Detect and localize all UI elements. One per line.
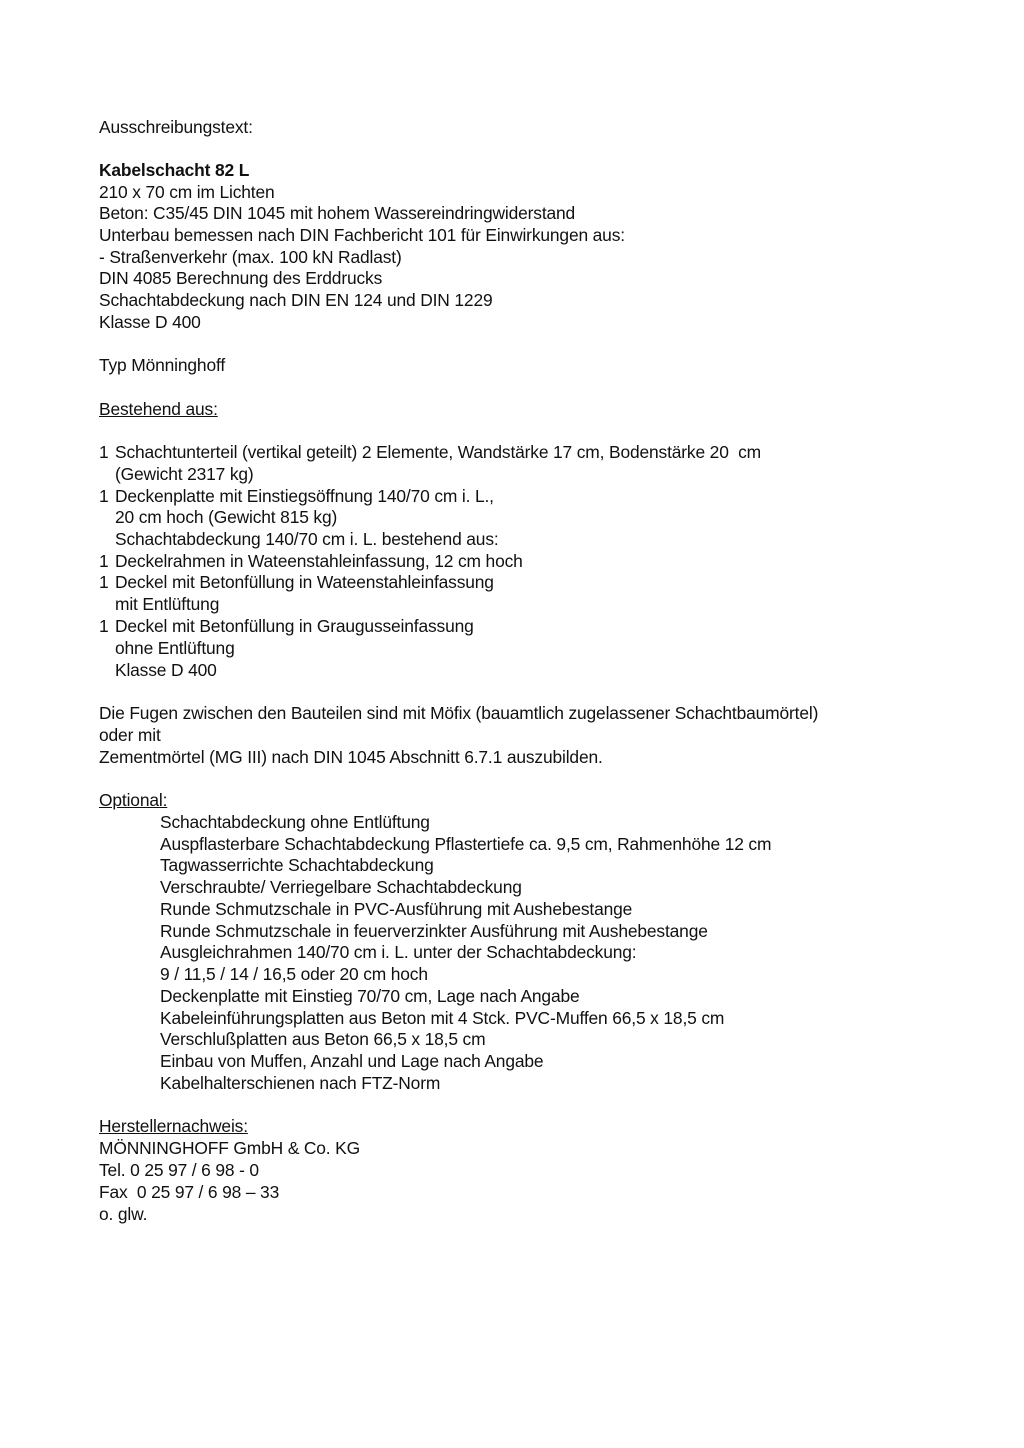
component-text: 20 cm hoch (Gewicht 815 kg)	[115, 506, 337, 528]
spec-line: Schachtabdeckung nach DIN EN 124 und DIN…	[99, 289, 493, 311]
optional-item: Ausgleichrahmen 140/70 cm i. L. unter de…	[160, 941, 636, 963]
spec-line: - Straßenverkehr (max. 100 kN Radlast)	[99, 246, 402, 268]
optional-item: Runde Schmutzschale in feuerverzinkter A…	[160, 920, 708, 942]
component-text: ohne Entlüftung	[115, 637, 235, 659]
component-text: Deckel mit Betonfüllung in Graugusseinfa…	[115, 615, 474, 637]
component-text: Deckenplatte mit Einstiegsöffnung 140/70…	[115, 485, 494, 507]
document-page: Ausschreibungstext: Kabelschacht 82 L 21…	[0, 0, 1024, 1448]
component-text: Schachtabdeckung 140/70 cm i. L. bestehe…	[115, 528, 499, 550]
optional-item: Deckenplatte mit Einstieg 70/70 cm, Lage…	[160, 985, 580, 1007]
spec-line: Beton: C35/45 DIN 1045 mit hohem Wassere…	[99, 202, 575, 224]
component-qty: 1	[99, 571, 109, 593]
manufacturer-phone: Tel. 0 25 97 / 6 98 - 0	[99, 1159, 259, 1181]
component-text: Klasse D 400	[115, 659, 217, 681]
joints-line: Zementmörtel (MG III) nach DIN 1045 Absc…	[99, 746, 603, 768]
optional-item: Runde Schmutzschale in PVC-Ausführung mi…	[160, 898, 632, 920]
optional-item: Auspflasterbare Schachtabdeckung Pflaste…	[160, 833, 771, 855]
optional-item: Kabelhalterschienen nach FTZ-Norm	[160, 1072, 440, 1094]
manufacturer-heading: Herstellernachweis:	[99, 1115, 248, 1137]
component-qty: 1	[99, 441, 109, 463]
consists-of-heading: Bestehend aus:	[99, 398, 218, 420]
optional-item: Verschraubte/ Verriegelbare Schachtabdec…	[160, 876, 522, 898]
spec-line: 210 x 70 cm im Lichten	[99, 181, 275, 203]
component-text: Schachtunterteil (vertikal geteilt) 2 El…	[115, 441, 761, 463]
component-text: (Gewicht 2317 kg)	[115, 463, 254, 485]
component-qty: 1	[99, 550, 109, 572]
product-title: Kabelschacht 82 L	[99, 159, 249, 181]
equivalent-note: o. glw.	[99, 1203, 147, 1225]
manufacturer-fax: Fax 0 25 97 / 6 98 – 33	[99, 1181, 279, 1203]
joints-line: Die Fugen zwischen den Bauteilen sind mi…	[99, 702, 818, 724]
component-text: mit Entlüftung	[115, 593, 219, 615]
optional-item: Schachtabdeckung ohne Entlüftung	[160, 811, 430, 833]
joints-line: oder mit	[99, 724, 161, 746]
manufacturer-name: MÖNNINGHOFF GmbH & Co. KG	[99, 1137, 360, 1159]
component-text: Deckel mit Betonfüllung in Wateenstahlei…	[115, 571, 494, 593]
spec-line: DIN 4085 Berechnung des Erddrucks	[99, 267, 382, 289]
component-qty: 1	[99, 485, 109, 507]
spec-line: Klasse D 400	[99, 311, 201, 333]
optional-item: Verschlußplatten aus Beton 66,5 x 18,5 c…	[160, 1028, 485, 1050]
optional-item: Kabeleinführungsplatten aus Beton mit 4 …	[160, 1007, 724, 1029]
type-line: Typ Mönninghoff	[99, 354, 225, 376]
optional-item: Tagwasserrichte Schachtabdeckung	[160, 854, 434, 876]
document-heading: Ausschreibungstext:	[99, 116, 253, 138]
component-text: Deckelrahmen in Wateenstahleinfassung, 1…	[115, 550, 523, 572]
component-qty: 1	[99, 615, 109, 637]
spec-line: Unterbau bemessen nach DIN Fachbericht 1…	[99, 224, 625, 246]
optional-item: Einbau von Muffen, Anzahl und Lage nach …	[160, 1050, 543, 1072]
optional-item: 9 / 11,5 / 14 / 16,5 oder 20 cm hoch	[160, 963, 428, 985]
optional-heading: Optional:	[99, 789, 167, 811]
